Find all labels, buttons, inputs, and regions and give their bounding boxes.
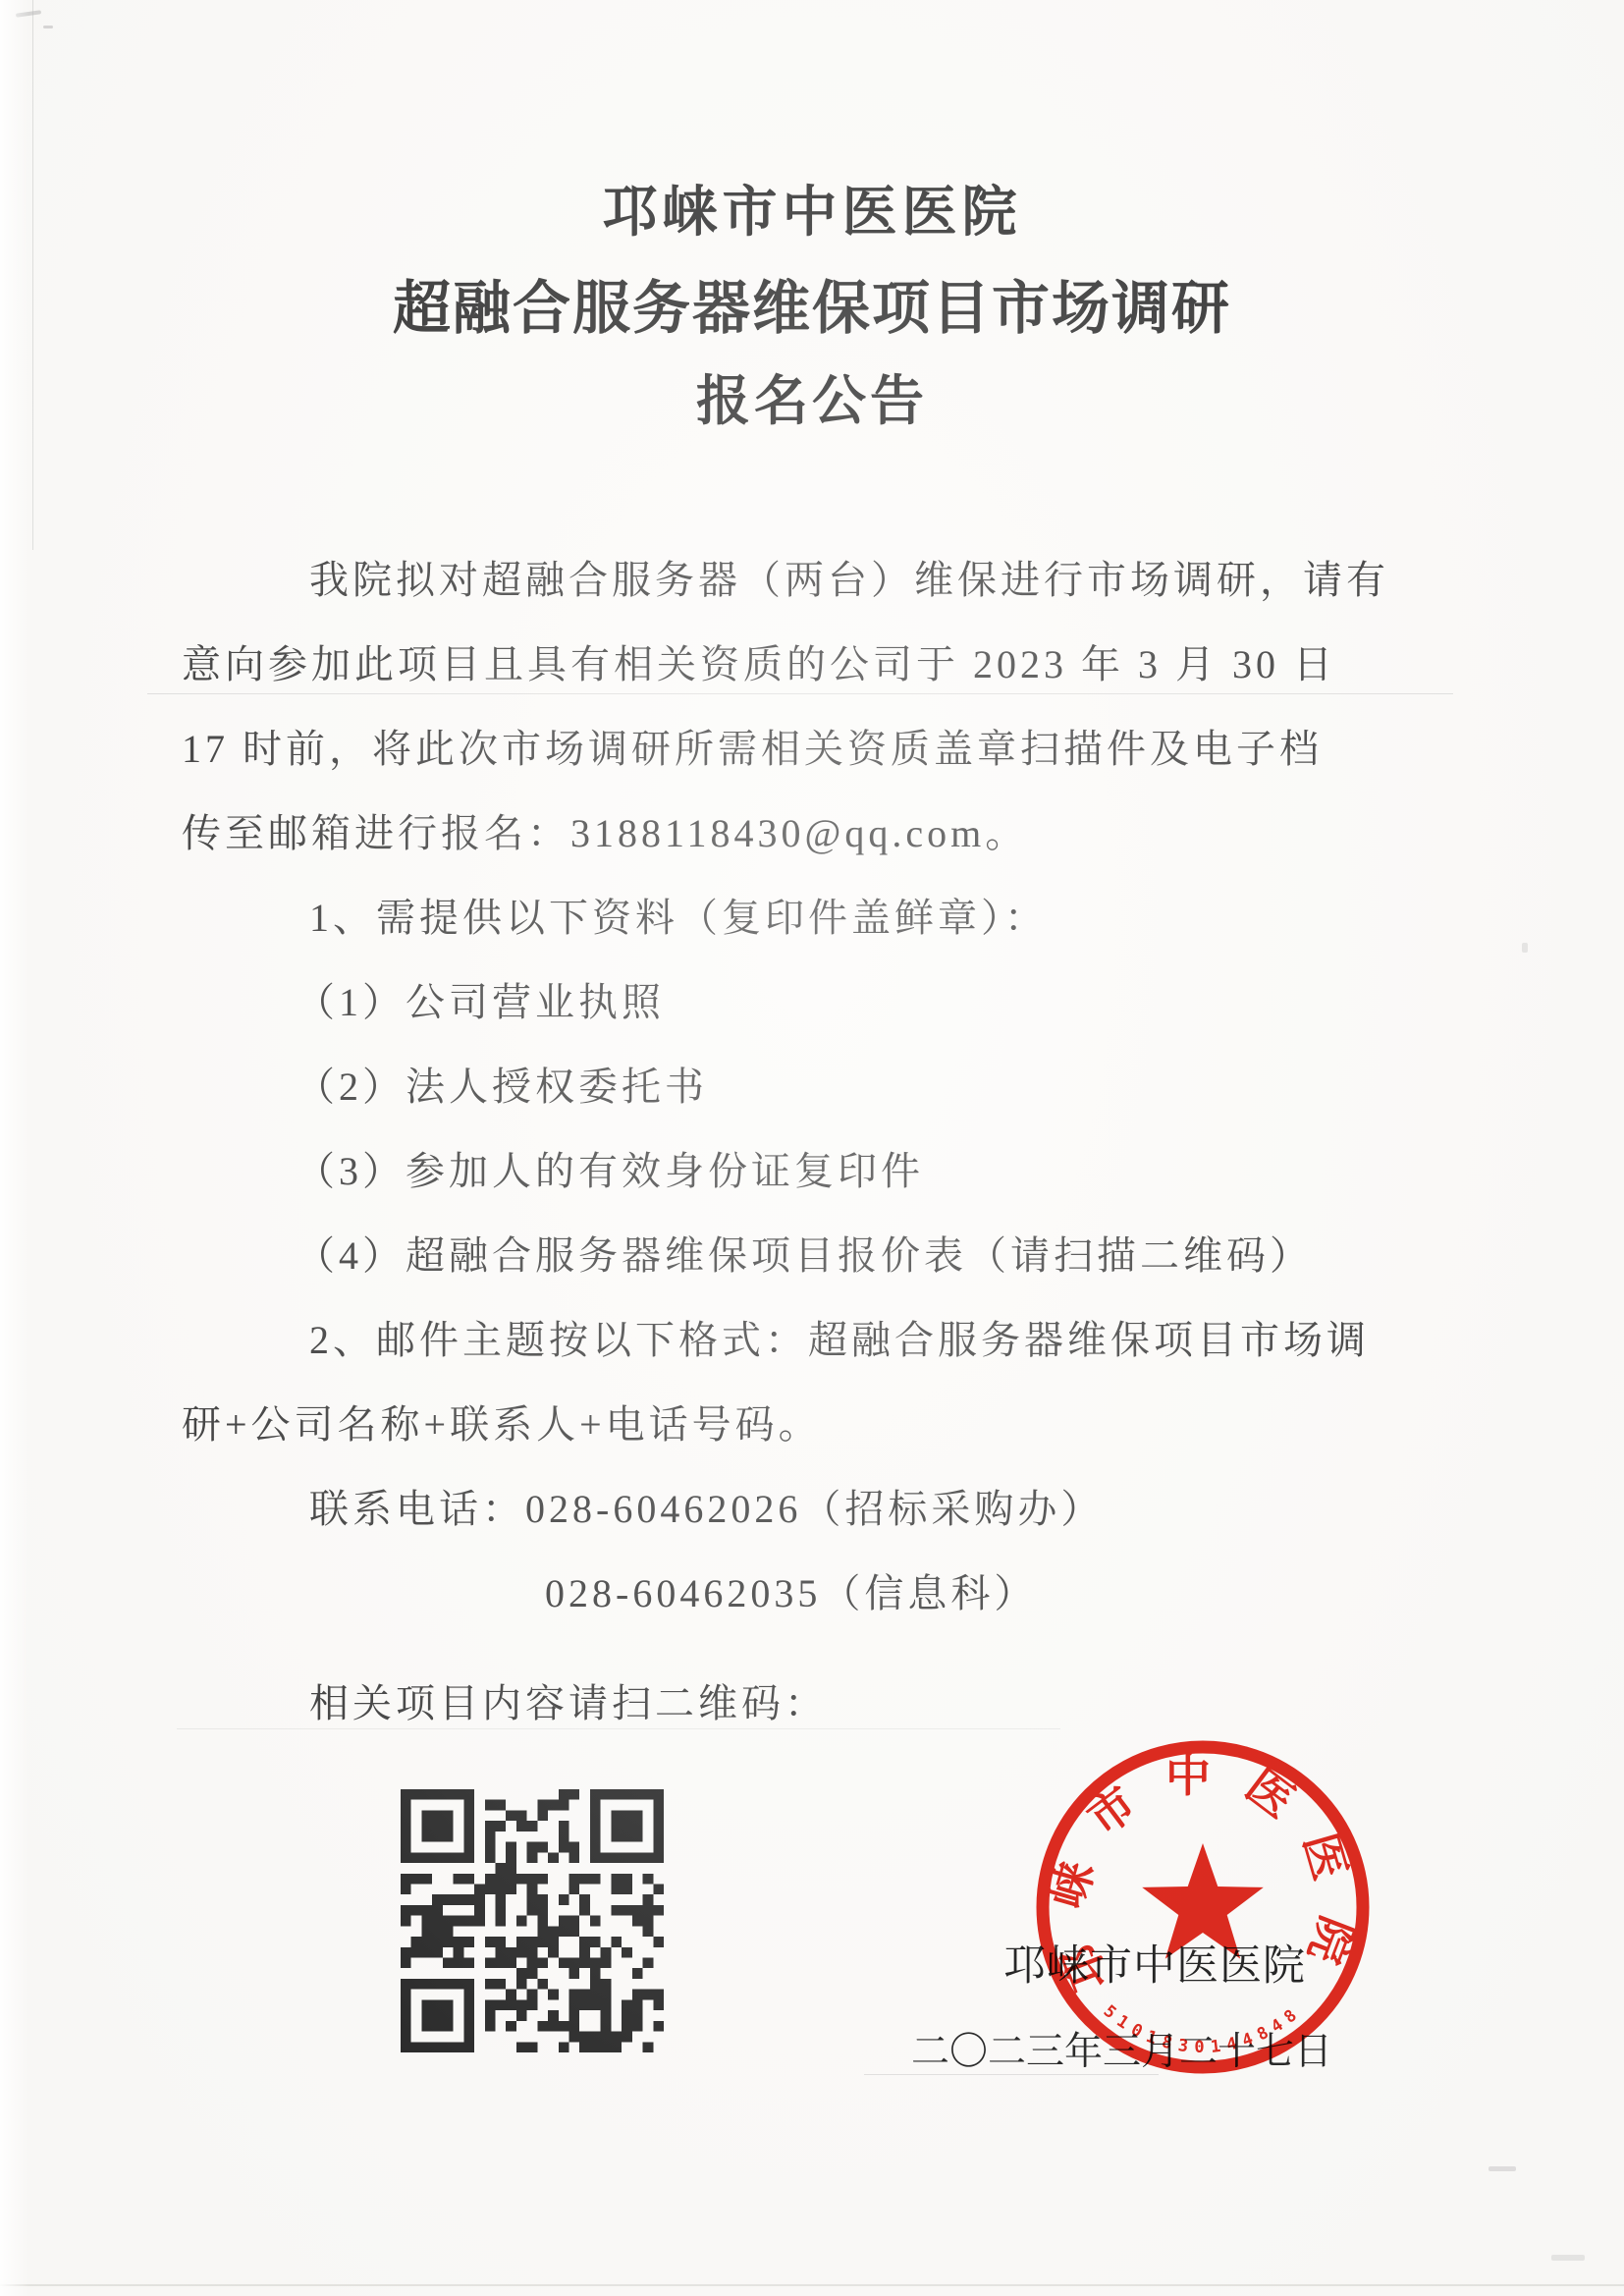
seal-ring xyxy=(1043,1747,1363,2067)
body-line: 17 时前，将此次市场调研所需相关资质盖章扫描件及电子档 xyxy=(182,707,1450,792)
page-title-announcement: 报名公告 xyxy=(0,357,1624,435)
scan-artifact xyxy=(1551,2255,1585,2261)
body-line: 我院拟对超融合服务器（两台）维保进行市场调研，请有 xyxy=(182,538,1450,623)
qr-code xyxy=(401,1789,664,2052)
scan-artifact xyxy=(43,26,53,28)
body-line: 1、需提供以下资料（复印件盖鲜章）： xyxy=(182,876,1450,960)
body-line: 意向参加此项目且具有相关资质的公司于 2023 年 3 月 30 日 xyxy=(182,623,1450,707)
body-line: （4）超融合服务器维保项目报价表（请扫描二维码） xyxy=(182,1214,1450,1298)
date-line: 二〇二三年三月二十七日 xyxy=(911,2021,1332,2076)
scanned-announcement-page: 邛崃市中医医院 超融合服务器维保项目市场调研 报名公告 我院拟对超融合服务器（两… xyxy=(0,0,1624,2296)
body-line: 研+公司名称+联系人+电话号码。 xyxy=(182,1383,1450,1467)
body-line: （2）法人授权委托书 xyxy=(182,1045,1450,1129)
page-title-hospital: 邛崃市中医医院 xyxy=(0,169,1624,247)
scan-artifact xyxy=(1489,2166,1516,2171)
body-line: 相关项目内容请扫二维码： xyxy=(182,1662,1450,1746)
signature-org: 邛崃市中医医院 xyxy=(1003,1933,1306,1993)
body-line: （3）参加人的有效身份证复印件 xyxy=(182,1129,1450,1214)
body-line: 传至邮箱进行报名：3188118430@qq.com。 xyxy=(182,792,1450,876)
body-line: （1）公司营业执照 xyxy=(182,960,1450,1045)
scan-artifact xyxy=(16,10,41,18)
page-title-project: 超融合服务器维保项目市场调研 xyxy=(0,261,1624,345)
scan-artifact xyxy=(0,2284,1624,2286)
body-line: 028-60462035（信息科） xyxy=(182,1552,1450,1636)
announcement-body: 我院拟对超融合服务器（两台）维保进行市场调研，请有 意向参加此项目且具有相关资质… xyxy=(182,538,1450,1746)
body-line: 联系电话：028-60462026（招标采购办） xyxy=(182,1467,1450,1552)
scan-artifact xyxy=(1522,943,1528,953)
body-line: 2、邮件主题按以下格式：超融合服务器维保项目市场调 xyxy=(182,1298,1450,1383)
